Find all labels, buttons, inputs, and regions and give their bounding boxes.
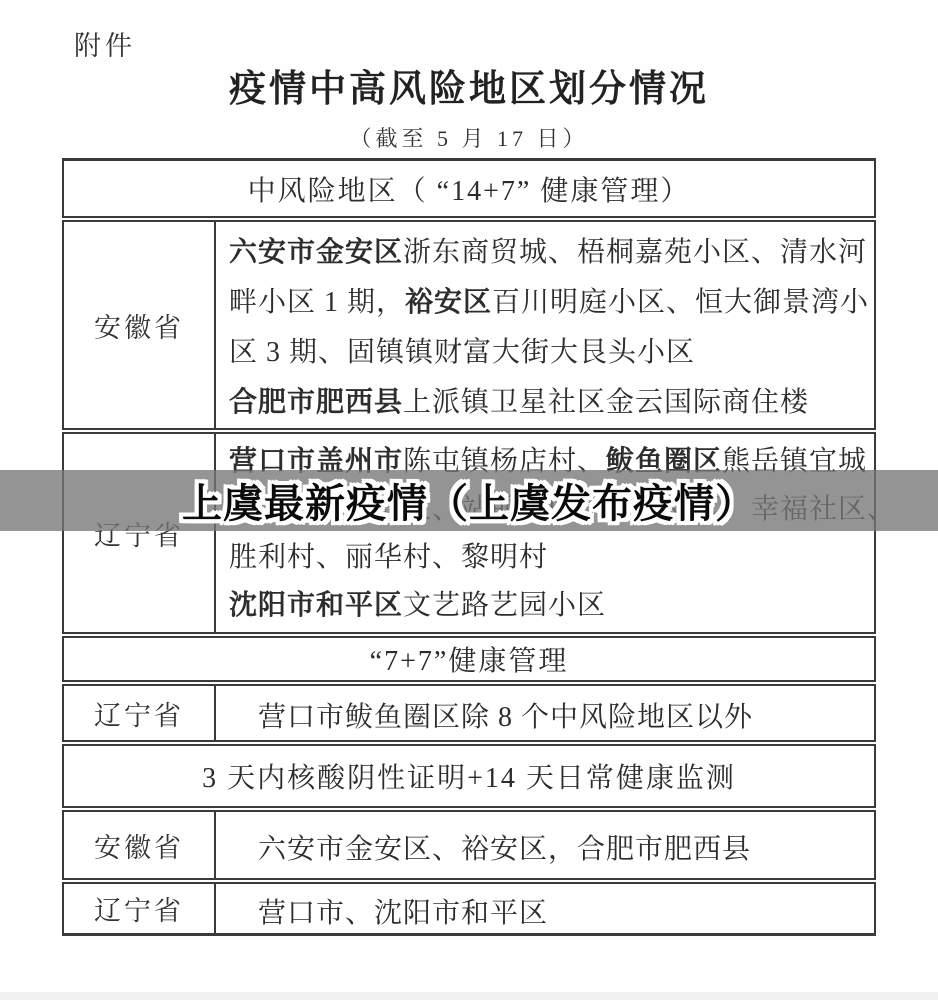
area-text: 畔小区 1 期， [229, 287, 405, 318]
data-row: 辽宁省营口市鲅鱼圈区除 8 个中风险地区以外 [62, 684, 876, 742]
watermark-banner: 上虞最新疫情（上虞发布疫情） [0, 470, 938, 531]
area-line: 区 3 期、固镇镇财富大街大艮头小区 [229, 328, 869, 378]
province-cell: 辽宁省 [64, 434, 216, 632]
section-header-label: “7+7”健康管理 [64, 638, 874, 680]
area-text: 营口市、沈阳市和平区 [258, 898, 548, 929]
area-name-bold: 裕安区 [405, 287, 492, 318]
area-text: 浙东商贸城、梧桐嘉苑小区、清水河 [403, 237, 867, 268]
area-text: 营口市鲅鱼圈区除 8 个中风险地区以外 [258, 702, 753, 733]
area-line: 沈阳市和平区文艺路艺园小区 [229, 582, 896, 630]
area-text: 文艺路艺园小区 [403, 590, 606, 621]
section-header-label: 中风险地区（ “14+7” 健康管理） [64, 161, 874, 216]
scanned-document-page: 附件 疫情中高风险地区划分情况 （截至 5 月 17 日） 中风险地区（ “14… [0, 0, 938, 1000]
area-name-bold: 沈阳市和平区 [229, 590, 403, 621]
area-line: 畔小区 1 期，裕安区百川明庭小区、恒大御景湾小 [229, 278, 869, 328]
area-line: 合肥市肥西县上派镇卫星社区金云国际商住楼 [229, 378, 869, 428]
area-line: 营口市鲅鱼圈区除 8 个中风险地区以外 [258, 695, 753, 735]
watermark-banner-text: 上虞最新疫情（上虞发布疫情） [182, 472, 756, 529]
area-line: 六安市金安区浙东商贸城、梧桐嘉苑小区、清水河 [229, 228, 869, 278]
areas-cell: 营口市鲅鱼圈区除 8 个中风险地区以外 [216, 686, 874, 740]
areas-cell: 营口市、沈阳市和平区 [216, 884, 874, 933]
data-row: 辽宁省营口市盖州市陈屯镇杨店村、鲅鱼圈区熊岳镇宜城社区、平安社区、站前社区、光大… [62, 432, 876, 634]
document-title: 疫情中高风险地区划分情况 [0, 58, 938, 112]
area-name-bold: 六安市金安区 [229, 237, 403, 268]
data-row: 安徽省六安市金安区浙东商贸城、梧桐嘉苑小区、清水河畔小区 1 期，裕安区百川明庭… [62, 220, 876, 430]
area-text: 六安市金安区、裕安区，合肥市肥西县 [258, 834, 751, 865]
area-text: 胜利村、丽华村、黎明村 [229, 542, 548, 573]
section-header-row: 中风险地区（ “14+7” 健康管理） [62, 158, 876, 218]
province-cell: 安徽省 [64, 222, 216, 428]
areas-cell: 六安市金安区、裕安区，合肥市肥西县 [216, 812, 874, 878]
section-header-row: 3 天内核酸阴性证明+14 天日常健康监测 [62, 744, 876, 808]
document-subtitle: （截至 5 月 17 日） [0, 122, 938, 153]
section-header-row: “7+7”健康管理 [62, 636, 876, 682]
province-cell: 辽宁省 [64, 884, 216, 933]
area-text: 区 3 期、固镇镇财富大街大艮头小区 [229, 337, 695, 368]
province-cell: 安徽省 [64, 812, 216, 878]
risk-table: 中风险地区（ “14+7” 健康管理）安徽省六安市金安区浙东商贸城、梧桐嘉苑小区… [62, 158, 876, 936]
areas-cell: 营口市盖州市陈屯镇杨店村、鲅鱼圈区熊岳镇宜城社区、平安社区、站前社区、光大社区、… [216, 434, 904, 632]
area-name-bold: 合肥市肥西县 [229, 387, 403, 418]
province-cell: 辽宁省 [64, 686, 216, 740]
section-header-label: 3 天内核酸阴性证明+14 天日常健康监测 [64, 746, 874, 806]
area-text: 百川明庭小区、恒大御景湾小 [492, 287, 869, 318]
area-line: 胜利村、丽华村、黎明村 [229, 534, 896, 582]
areas-cell: 六安市金安区浙东商贸城、梧桐嘉苑小区、清水河畔小区 1 期，裕安区百川明庭小区、… [216, 222, 877, 428]
data-row: 辽宁省营口市、沈阳市和平区 [62, 882, 876, 936]
area-text: 上派镇卫星社区金云国际商住楼 [403, 387, 809, 418]
area-line: 六安市金安区、裕安区，合肥市肥西县 [258, 827, 751, 867]
data-row: 安徽省六安市金安区、裕安区，合肥市肥西县 [62, 810, 876, 880]
area-line: 营口市、沈阳市和平区 [258, 891, 548, 931]
